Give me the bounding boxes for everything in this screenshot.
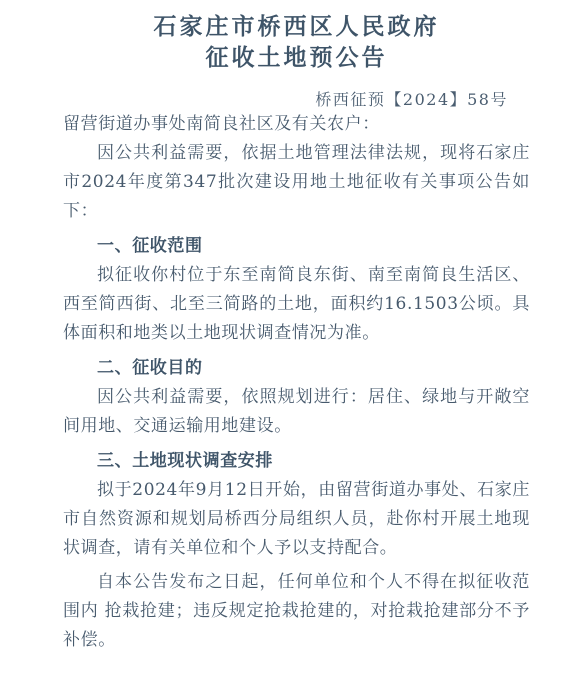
intro-paragraph: 因公共利益需要，依据土地管理法律法规，现将石家庄市2024年度第347批次建设用…	[63, 139, 530, 226]
announcement-document: 石家庄市桥西区人民政府 征收土地预公告 桥西征预【2024】58号 留营街道办事…	[0, 0, 587, 684]
section-1-body: 拟征收你村位于东至南简良东街、南至南简良生活区、西至简西街、北至三简路的土地，面…	[63, 261, 530, 348]
document-content: 石家庄市桥西区人民政府 征收土地预公告 桥西征预【2024】58号 留营街道办事…	[0, 0, 587, 655]
section-3-heading: 三、土地现状调查安排	[63, 447, 530, 476]
section-1-heading: 一、征收范围	[63, 232, 530, 261]
closing-paragraph: 自本公告发布之日起，任何单位和个人不得在拟征收范围内 抢栽抢建；违反规定抢栽抢建…	[63, 568, 530, 655]
document-number: 桥西征预【2024】58号	[63, 90, 530, 110]
document-title-line2: 征收土地预公告	[63, 43, 530, 74]
document-body: 留营街道办事处南简良社区及有关农户： 因公共利益需要，依据土地管理法律法规，现将…	[63, 110, 530, 655]
section-3-body: 拟于2024年9月12日开始，由留营街道办事处、石家庄市自然资源和规划局桥西分局…	[63, 476, 530, 563]
addressee-line: 留营街道办事处南简良社区及有关农户：	[63, 110, 530, 139]
section-2-heading: 二、征收目的	[63, 354, 530, 383]
section-2-body: 因公共利益需要，依照规划进行：居住、绿地与开敞空间用地、交通运输用地建设。	[63, 383, 530, 441]
document-title-line1: 石家庄市桥西区人民政府	[63, 12, 530, 43]
